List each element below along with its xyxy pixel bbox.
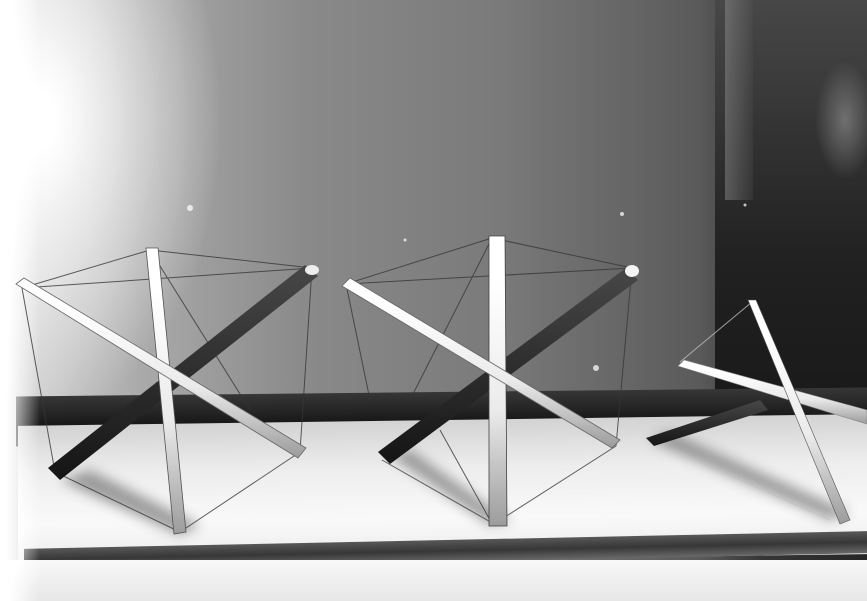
middle-sculpture: [342, 236, 639, 526]
right-sculpture: [646, 300, 867, 524]
sculptures-layer: [0, 0, 867, 601]
left-sculpture: [16, 248, 319, 534]
photograph: Black and white photograph of three X-sh…: [0, 0, 867, 601]
